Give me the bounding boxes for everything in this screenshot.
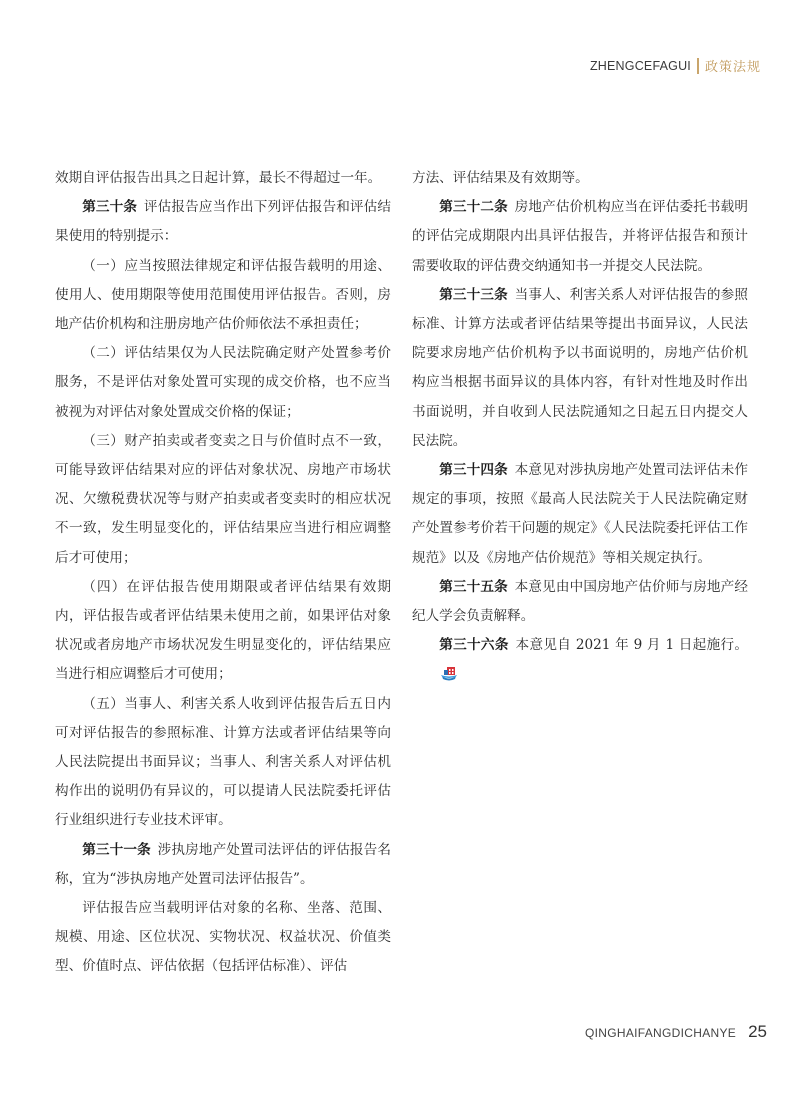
item-paragraph: 评估报告应当载明评估对象的名称、坐落、范围、规模、用途、区位状况、实物状况、权益… (55, 894, 391, 982)
page-number: 25 (748, 1022, 767, 1042)
section-name-zh: 政策法规 (705, 56, 761, 75)
page-footer: QINGHAIFANGDICHANYE 25 (585, 1022, 767, 1042)
article-paragraph: 第三十三条当事人、利害关系人对评估报告的参照标准、计算方法或者评估结果等提出书面… (412, 281, 748, 456)
article-paragraph: 第三十二条房地产估价机构应当在评估委托书载明的评估完成期限内出具评估报告，并将评… (412, 193, 748, 281)
item-paragraph: （二）评估结果仅为人民法院确定财产处置参考价服务，不是评估对象处置可实现的成交价… (55, 339, 391, 427)
article-paragraph: 第三十一条涉执房地产处置司法评估的评估报告名称，宜为“涉执房地产处置司法评估报告… (55, 836, 391, 894)
article-label: 第三十四条 (439, 462, 508, 478)
article-label: 第三十条 (82, 199, 137, 215)
article-paragraph: 第三十五条本意见由中国房地产估价师与房地产经纪人学会负责解释。 (412, 573, 748, 631)
article-label: 第三十三条 (439, 287, 508, 303)
paragraph: 方法、评估结果及有效期等。 (412, 164, 748, 193)
item-paragraph: （四）在评估报告使用期限或者评估结果有效期内，评估报告或者评估结果未使用之前，如… (55, 573, 391, 690)
header-divider (697, 58, 699, 74)
article-paragraph: 第三十四条本意见对涉执房地产处置司法评估未作规定的事项，按照《最高人民法院关于人… (412, 456, 748, 573)
article-paragraph: 第三十六条本意见自 2021 年 9 月 1 日起施行。 (412, 631, 748, 689)
section-name-en: ZHENGCEFAGUI (590, 59, 691, 73)
item-paragraph: （三）财产拍卖或者变卖之日与价值时点不一致，可能导致评估结果对应的评估对象状况、… (55, 427, 391, 573)
magazine-logo-icon (413, 663, 431, 679)
article-label: 第三十五条 (439, 579, 508, 595)
left-column: 效期自评估报告出具之日起计算，最长不得超过一年。 第三十条评估报告应当作出下列评… (55, 164, 391, 982)
article-paragraph: 第三十条评估报告应当作出下列评估报告和评估结果使用的特别提示： (55, 193, 391, 251)
article-label: 第三十一条 (82, 842, 151, 858)
item-paragraph: （五）当事人、利害关系人收到评估报告后五日内可对评估报告的参照标准、计算方法或者… (55, 690, 391, 836)
article-label: 第三十二条 (439, 199, 508, 215)
magazine-name: QINGHAIFANGDICHANYE (585, 1026, 736, 1040)
paragraph: 效期自评估报告出具之日起计算，最长不得超过一年。 (55, 164, 391, 193)
right-column: 方法、评估结果及有效期等。 第三十二条房地产估价机构应当在评估委托书载明的评估完… (412, 164, 748, 690)
item-paragraph: （一）应当按照法律规定和评估报告载明的用途、使用人、使用期限等使用范围使用评估报… (55, 252, 391, 340)
section-header: ZHENGCEFAGUI 政策法规 (590, 56, 761, 75)
article-label: 第三十六条 (439, 637, 509, 653)
article-text: 本意见自 2021 年 9 月 1 日起施行。 (516, 637, 748, 653)
article-text: 当事人、利害关系人对评估报告的参照标准、计算方法或者评估结果等提出书面异议，人民… (412, 287, 748, 449)
